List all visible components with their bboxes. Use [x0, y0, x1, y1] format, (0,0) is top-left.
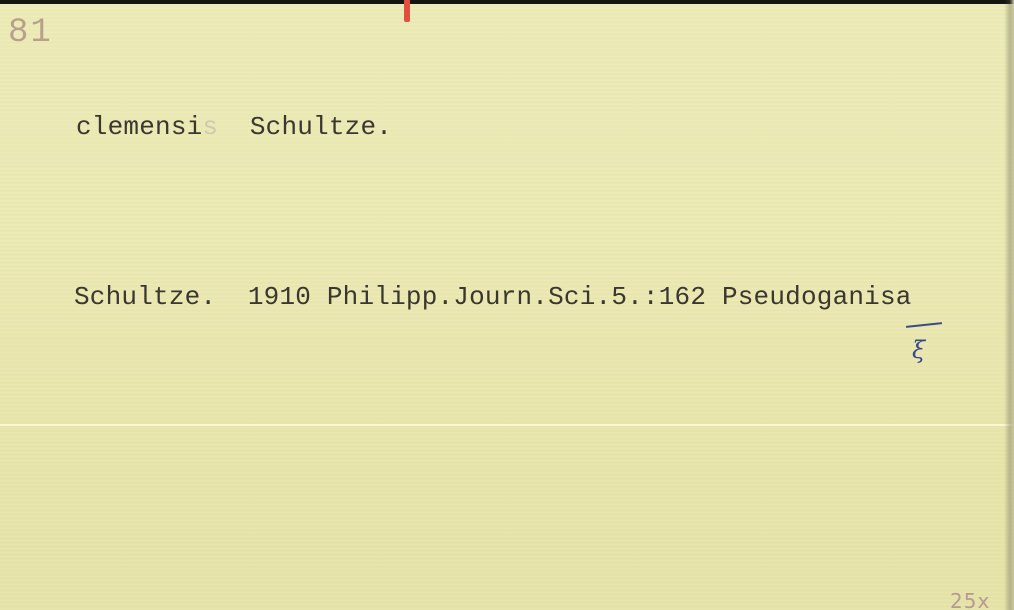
species-line: clemensis Schultze. — [76, 112, 392, 142]
reference-line: Schultze. 1910 Philipp.Journ.Sci.5.:162 … — [74, 282, 912, 312]
handwritten-underline — [906, 322, 942, 328]
corner-note: 25x — [950, 589, 990, 610]
reference-genus: Pseudoganisa — [722, 282, 912, 312]
card-number: 81 — [8, 14, 53, 52]
card-fold-line — [0, 424, 1014, 426]
erased-character: s — [202, 112, 218, 142]
handwritten-mark: ξ — [912, 336, 925, 364]
reference-author: Schultze. — [74, 282, 216, 312]
reference-citation: Philipp.Journ.Sci.5.:162 — [327, 282, 706, 312]
reference-year: 1910 — [248, 282, 311, 312]
species-author: Schultze. — [250, 112, 392, 142]
red-tab-marker — [404, 0, 410, 22]
index-card: 81 clemensis Schultze. Schultze. 1910 Ph… — [0, 4, 1014, 610]
species-name: clemensi — [76, 112, 202, 142]
card-right-edge — [1004, 0, 1014, 610]
